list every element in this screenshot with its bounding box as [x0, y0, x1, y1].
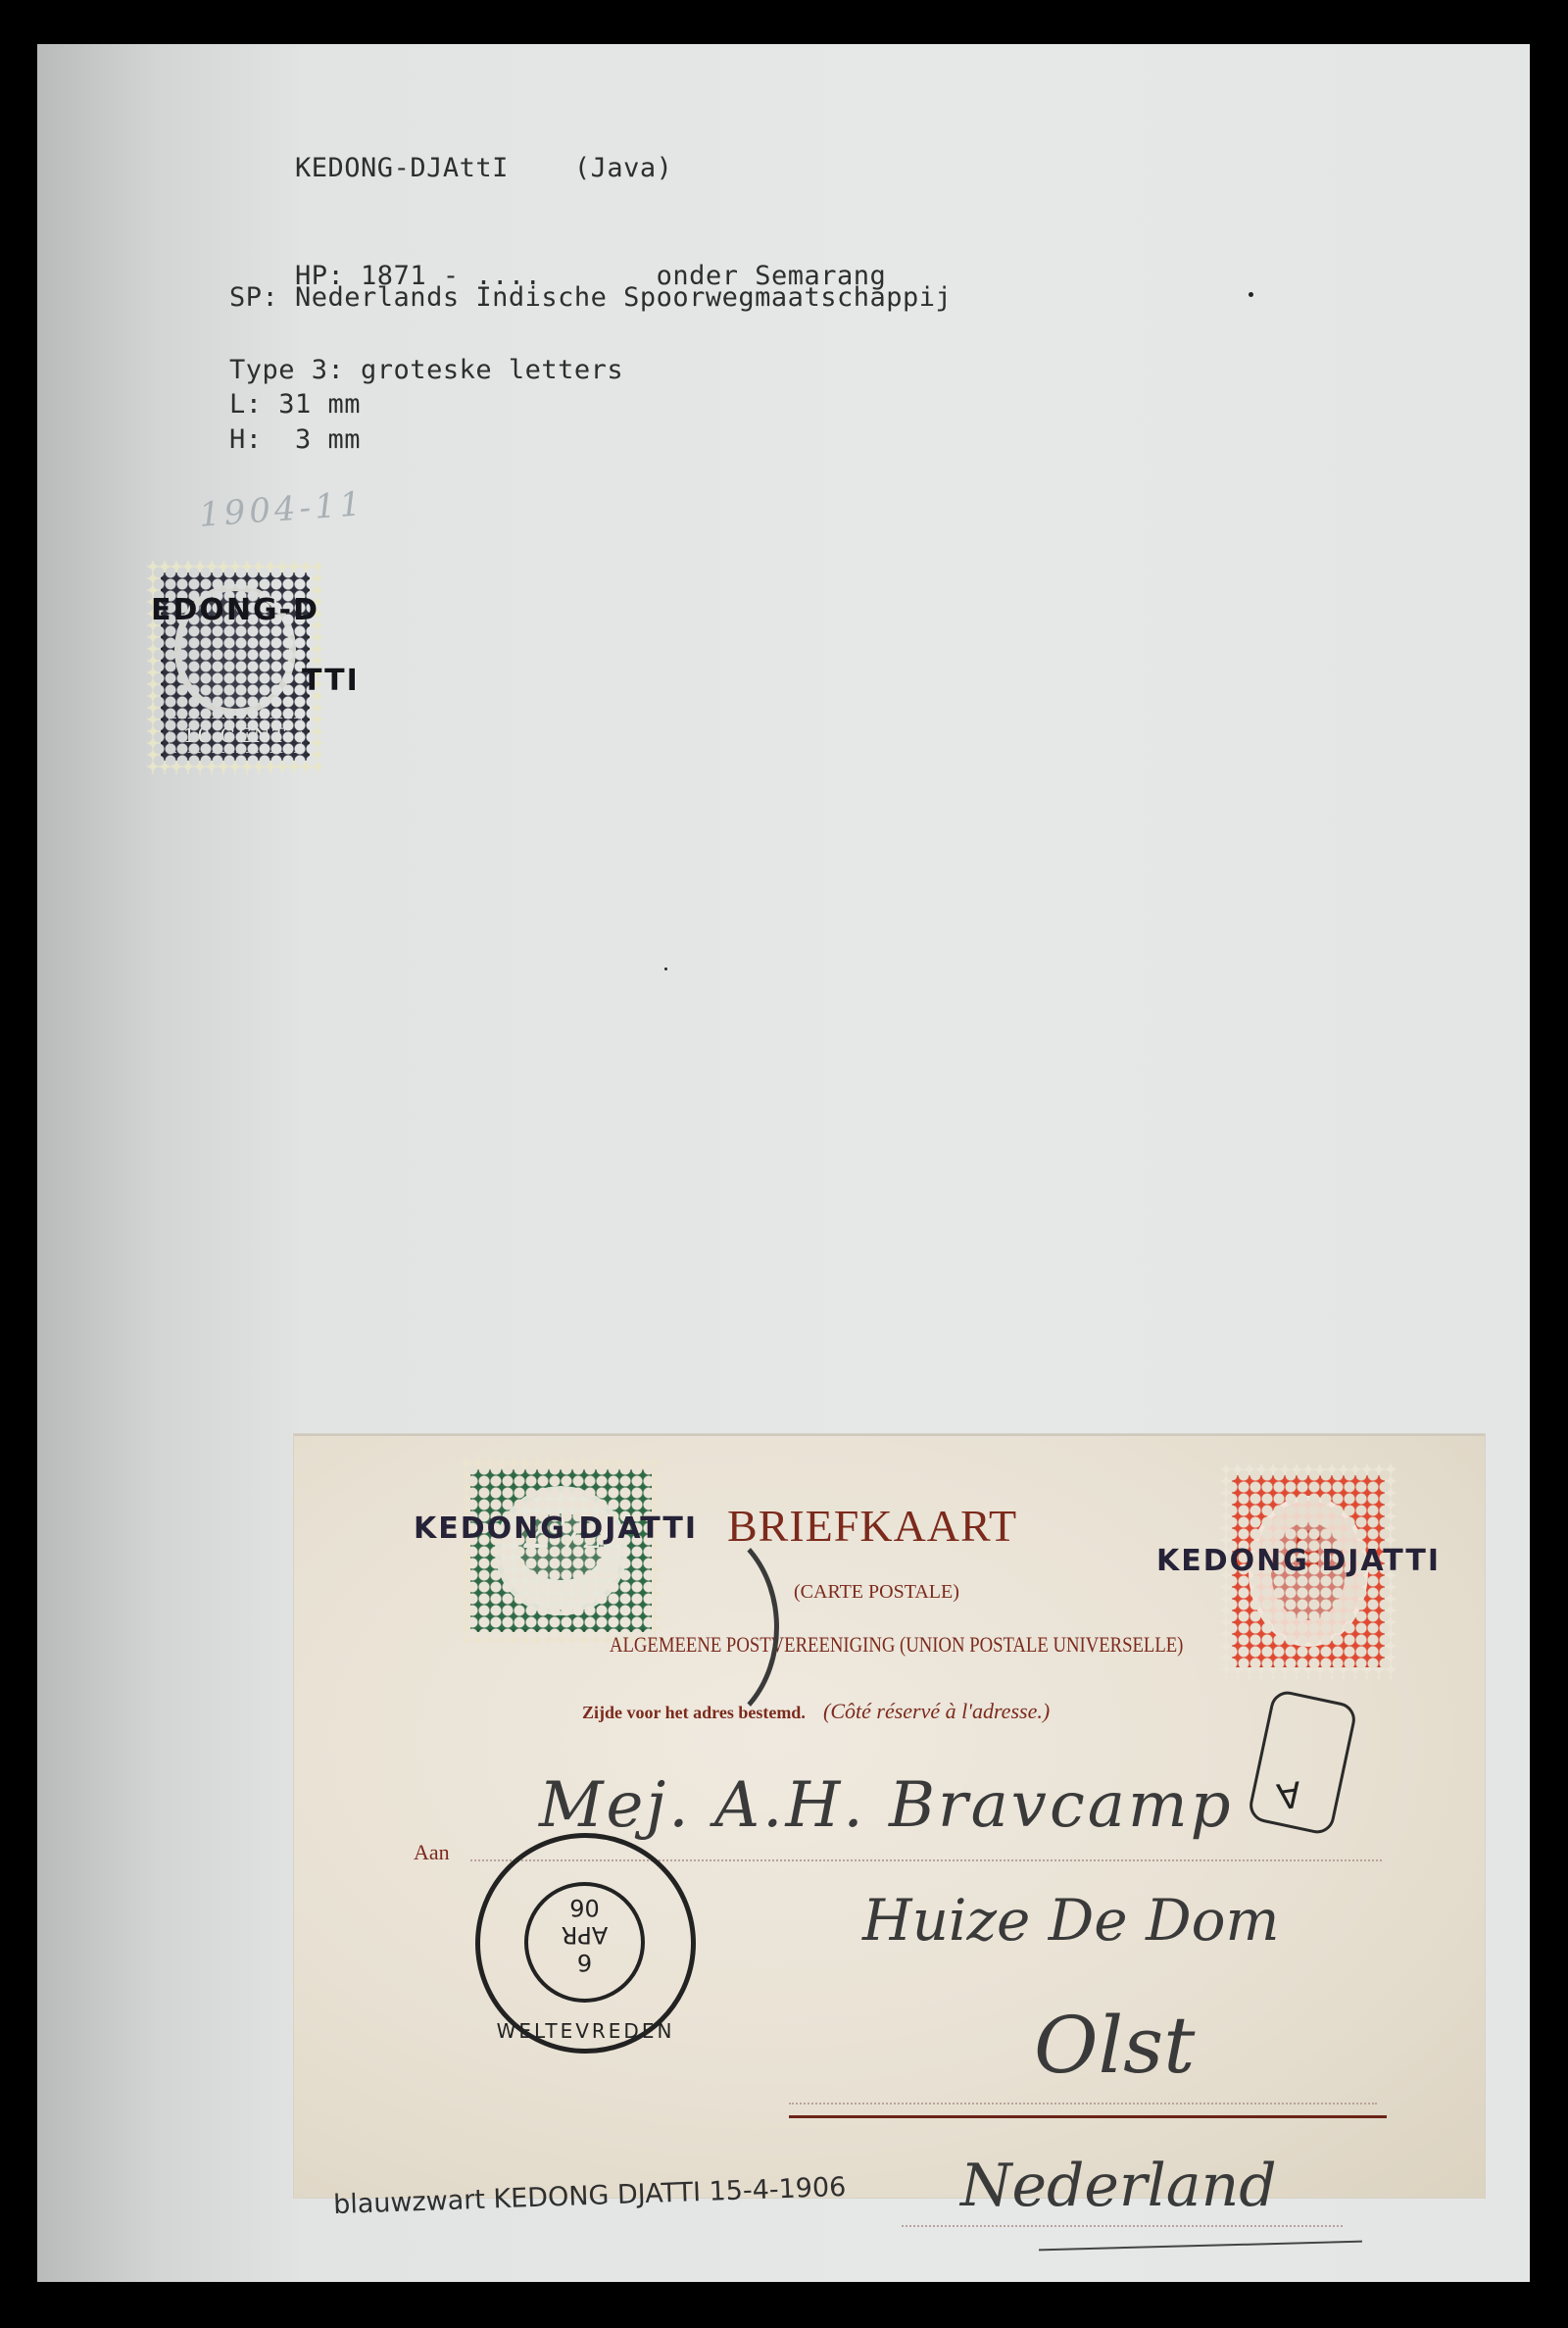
aan-label: Aan [414, 1840, 450, 1865]
address-line-country: Nederland [960, 2152, 1277, 2220]
address-underline [789, 2115, 1387, 2118]
overprint-fragment-top: EDONG-D [151, 593, 319, 627]
weltevreden-postmark: 6 APR 06 WELTEVREDEN [475, 1833, 696, 2054]
height-line: H: 3 mm [229, 424, 361, 455]
sp-line: SP: Nederlands Indische Spoorwegmaatscha… [229, 282, 952, 313]
station-name: KEDONG-DJAttI [295, 153, 509, 183]
country-underline [1039, 2241, 1362, 2252]
address-line-3 [789, 2103, 1377, 2105]
boxed-mark-letter: A [1274, 1772, 1303, 1815]
address-line-house: Huize De Dom [862, 1887, 1279, 1954]
address-line-4 [902, 2225, 1343, 2227]
postmark-inner-ring: 6 APR 06 [524, 1882, 645, 2003]
album-page: KEDONG-DJAttI (Java) HP: 1871 - .... ond… [37, 44, 1530, 2282]
overprint-fragment-bottom: TTI [302, 664, 360, 698]
page-title: KEDONG-DJAttI (Java) [229, 123, 672, 214]
card-subtitle: (CARTE POSTALE) [794, 1581, 959, 1604]
speck [664, 967, 667, 970]
card-title: BRIEFKAART [727, 1500, 1017, 1552]
railway-cancel-right: KEDONG DJATTI [1156, 1544, 1441, 1578]
type-line: Type 3: groteske letters [229, 355, 623, 385]
address-line-town: Olst [1034, 2000, 1195, 2091]
pencil-annotation: blauwzwart KEDONG DJATTI 15-4-1906 [333, 2172, 847, 2220]
pencil-date-note: 1904-11 [198, 484, 367, 535]
postmark-date: 6 APR 06 [528, 1894, 641, 1976]
length-line: L: 31 mm [229, 389, 361, 420]
boxed-a-mark: A [1247, 1688, 1358, 1836]
region-label: (Java) [574, 153, 673, 183]
postmark-town: WELTEVREDEN [480, 2019, 691, 2043]
postcard-briefkaart: NEDERLANDSCH-INDIE 2½ 2½ CENT KEDONG DJA… [294, 1434, 1485, 2198]
address-line-name: Mej. A.H. Bravcamp [539, 1769, 1234, 1842]
stamp-value: 10 CENT [169, 718, 302, 753]
speck [1249, 292, 1253, 297]
partial-postmark [603, 1519, 779, 1735]
address-side-fr: (Côté réservé à l'adresse.) [823, 1699, 1050, 1724]
